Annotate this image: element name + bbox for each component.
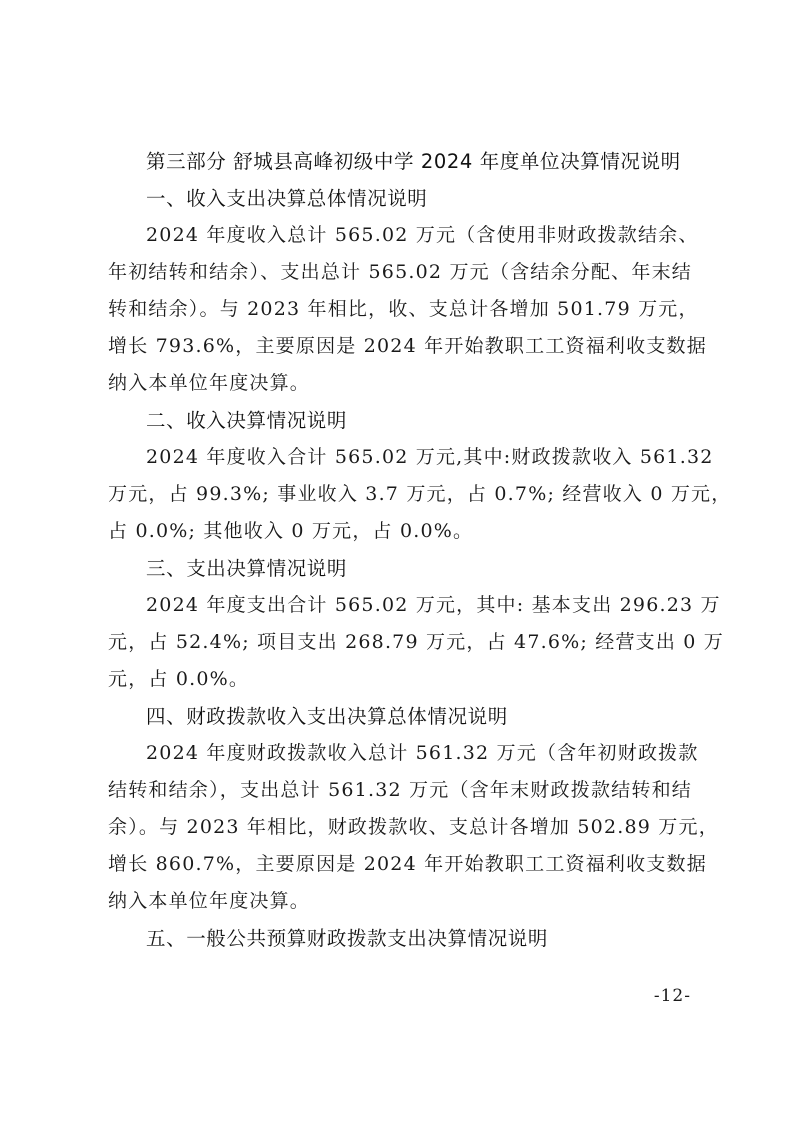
paragraph-line: 纳入本单位年度决算。 xyxy=(108,883,692,920)
paragraph-line: 余）。与 2023 年相比，财政拨款收、支总计各增加 502.89 万元， xyxy=(108,809,692,846)
paragraph-line: 2024 年度支出合计 565.02 万元，其中: 基本支出 296.23 万 xyxy=(108,587,692,624)
paragraph-line: 元，占 0.0%。 xyxy=(108,661,692,698)
paragraph-line: 转和结余）。与 2023 年相比，收、支总计各增加 501.79 万元， xyxy=(108,291,692,328)
paragraph-line: 纳入本单位年度决算。 xyxy=(108,365,692,402)
paragraph-line: 增长 860.7%，主要原因是 2024 年开始教职工工资福利收支数据 xyxy=(108,846,692,883)
paragraph-line: 万元，占 99.3%; 事业收入 3.7 万元，占 0.7%; 经营收入 0 万… xyxy=(108,476,692,513)
section-heading-3: 三、支出决算情况说明 xyxy=(108,550,692,587)
paragraph-line: 结转和结余），支出总计 561.32 万元（含年末财政拨款结转和结 xyxy=(108,772,692,809)
page-number: -12- xyxy=(654,986,691,1006)
section-heading-2: 二、收入决算情况说明 xyxy=(108,402,692,439)
part-title: 第三部分 舒城县高峰初级中学 2024 年度单位决算情况说明 xyxy=(108,143,692,180)
document-body: 第三部分 舒城县高峰初级中学 2024 年度单位决算情况说明 一、收入支出决算总… xyxy=(108,143,692,957)
document-page: 第三部分 舒城县高峰初级中学 2024 年度单位决算情况说明 一、收入支出决算总… xyxy=(0,0,793,1122)
paragraph-line: 2024 年度财政拨款收入总计 561.32 万元（含年初财政拨款 xyxy=(108,735,692,772)
section-heading-5: 五、一般公共预算财政拨款支出决算情况说明 xyxy=(108,920,692,957)
section-heading-4: 四、财政拨款收入支出决算总体情况说明 xyxy=(108,698,692,735)
paragraph-line: 2024 年度收入合计 565.02 万元,其中:财政拨款收入 561.32 xyxy=(108,439,692,476)
paragraph-line: 2024 年度收入总计 565.02 万元（含使用非财政拨款结余、 xyxy=(108,217,692,254)
paragraph-line: 增长 793.6%，主要原因是 2024 年开始教职工工资福利收支数据 xyxy=(108,328,692,365)
paragraph-line: 年初结转和结余）、支出总计 565.02 万元（含结余分配、年末结 xyxy=(108,254,692,291)
paragraph-line: 占 0.0%; 其他收入 0 万元，占 0.0%。 xyxy=(108,513,692,550)
section-heading-1: 一、收入支出决算总体情况说明 xyxy=(108,180,692,217)
paragraph-line: 元，占 52.4%; 项目支出 268.79 万元，占 47.6%; 经营支出 … xyxy=(108,624,692,661)
